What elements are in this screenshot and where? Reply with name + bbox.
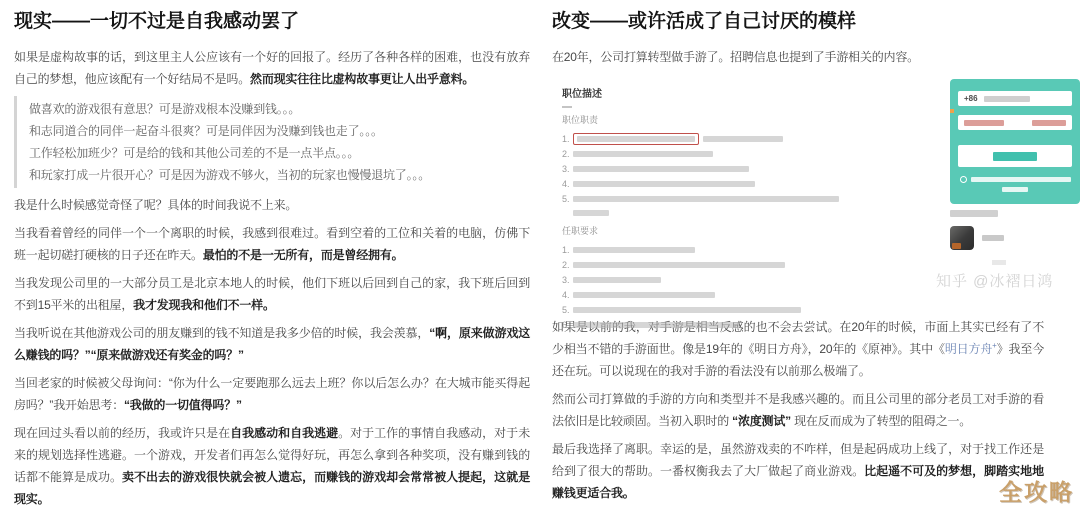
blockquote: 做喜欢的游戏很有意思？可是游戏根本没赚到钱。。。和志同道合的同伴一起奋斗很爽？可…: [14, 96, 530, 188]
text-line-skeleton: [573, 210, 609, 216]
job-list-item: 1.: [562, 242, 872, 257]
brand-watermark: 全攻略: [999, 474, 1074, 507]
company-avatar: [950, 226, 974, 250]
job-list-item: 4.: [562, 176, 872, 191]
list-item-number: 4.: [562, 290, 573, 300]
quote-line: 工作轻松加班少？可是给的钱和其他公司差的不是一点半点。。。: [29, 142, 530, 164]
text-line-skeleton: [573, 277, 661, 283]
text-line-skeleton: [573, 307, 801, 313]
paragraph: 最后我选择了离职。幸运的是，虽然游戏卖的不咋样，但是起码成功上线了，对于找工作还…: [552, 438, 1044, 504]
paragraph: 在20年，公司打算转型做手游了。招聘信息也提到了手游相关的内容。: [552, 46, 1044, 68]
article-column-left: 现实——一切不过是自我感动罢了 如果是虚构故事的话，到这里主人公应该有一个好的回…: [14, 10, 530, 509]
job-subsection-label: 职位职责: [562, 115, 872, 126]
text-line-skeleton: [573, 181, 755, 187]
paragraph: 当我听说在其他游戏公司的朋友赚到的钱不知道是我多少倍的时候，我会羡慕，“啊，原来…: [14, 322, 530, 366]
job-list-item: 2.: [562, 257, 872, 272]
paragraph: 然而公司打算做的手游的方向和类型并不是我感兴趣的。而且公司里的部分老员工对手游的…: [552, 388, 1044, 432]
job-description-block: 职位描述职位职责1.2.3.4.5.任职要求1.2.3.4.5.6.: [562, 89, 872, 332]
job-list-item: 1.: [562, 131, 872, 146]
list-item-number: 6.: [562, 320, 573, 330]
code-placeholder-skeleton: [964, 120, 1004, 126]
job-subsection-label: 任职要求: [562, 226, 872, 237]
embedded-job-screenshot: 职位描述职位职责1.2.3.4.5.任职要求1.2.3.4.5.6. +86: [552, 74, 1080, 312]
agreement-row-2: [950, 187, 1080, 192]
text-line-skeleton: [577, 136, 695, 142]
list-item-number: 3.: [562, 275, 573, 285]
submit-label-skeleton: [993, 152, 1037, 161]
list-item-number: 3.: [562, 164, 573, 174]
paragraph: 我是什么时候感觉奇怪了呢？具体的时间我说不上来。: [14, 194, 530, 216]
left-article-body: 如果是虚构故事的话，到这里主人公应该有一个好的回报了。经历了各种各样的困难，也没…: [14, 46, 530, 509]
job-list-item: 3.: [562, 272, 872, 287]
text-line-skeleton: [573, 262, 785, 268]
phone-input: +86: [958, 91, 1072, 106]
list-item-number: 1.: [562, 134, 573, 144]
job-list-item: 3.: [562, 161, 872, 176]
quote-line: 和玩家打成一片很开心？可是因为游戏不够火，当初的玩家也慢慢退坑了。。。: [29, 164, 530, 186]
text-run: 当回老家的时候被父母询问：“你为什么一定要跑那么远去上班？你以后怎么办？在大城市…: [14, 376, 530, 412]
text-line-skeleton: [573, 247, 695, 253]
highlight-box: [573, 133, 699, 145]
text-line-skeleton: [573, 292, 715, 298]
list-item-number: 1.: [562, 245, 573, 255]
bold-text: 自我感动和自我逃避: [230, 426, 338, 440]
job-list-item: 4.: [562, 287, 872, 302]
code-input: [958, 115, 1072, 130]
job-section-title: 职位描述: [562, 89, 872, 101]
phone-placeholder-skeleton: [984, 96, 1030, 102]
paragraph: 如果是虚构故事的话，到这里主人公应该有一个好的回报了。经历了各种各样的困难，也没…: [14, 46, 530, 90]
agreement-checkbox-icon: [960, 176, 967, 183]
text-line-skeleton: [573, 196, 839, 202]
text-line-skeleton: [703, 136, 783, 142]
job-list-item: 6.: [562, 317, 872, 332]
paragraph: 当我看着曾经的同伴一个一个离职的时候，我感到很难过。看到空着的工位和关着的电脑，…: [14, 222, 530, 266]
job-list-item-wrap: [573, 206, 872, 219]
job-list-item: 5.: [562, 191, 872, 206]
text-line-skeleton: [573, 166, 749, 172]
text-run: 现在反而成为了转型的阻碍之一。: [791, 414, 971, 428]
agreement-row: [960, 176, 1071, 183]
text-line-skeleton: [573, 322, 739, 328]
signup-form-panel: +86: [950, 79, 1080, 204]
agreement-text-skeleton: [1002, 187, 1028, 192]
bold-text: 然而现实往往比虚构故事更让人出乎意料。: [250, 72, 474, 86]
section-heading-change: 改变——或许活成了自己讨厌的模样: [552, 10, 1080, 34]
faint-text-skeleton: [992, 260, 1006, 265]
quote-line: 和志同道合的同伴一起奋斗很爽？可是同伴因为没赚到钱也走了。。。: [29, 120, 530, 142]
article-column-right: 改变——或许活成了自己讨厌的模样 在20年，公司打算转型做手游了。招聘信息也提到…: [552, 10, 1080, 509]
panel-dot: [950, 109, 954, 113]
paragraph: 现在回过头看以前的经历，我或许只是在自我感动和自我逃避。对于工作的事情自我感动，…: [14, 422, 530, 509]
spacer: [562, 219, 872, 226]
bold-text: 最怕的不是一无所有，而是曾经拥有。: [203, 248, 404, 262]
list-item-number: 5.: [562, 194, 573, 204]
list-item-number: 2.: [562, 149, 573, 159]
paragraph: 当我发现公司里的一大部分员工是北京本地人的时候，他们下班以后回到自己的家，我下班…: [14, 272, 530, 316]
bold-text: “浓度测试”: [732, 414, 791, 428]
agreement-text-skeleton: [971, 177, 1071, 182]
submit-button: [958, 145, 1072, 167]
bold-text: 我才发现我和他们不一样。: [133, 298, 275, 312]
zhihu-watermark: 知乎 @冰褶日鸿: [936, 270, 1053, 291]
inline-link[interactable]: 明日方舟+: [945, 342, 997, 356]
phone-prefix-label: +86: [964, 94, 978, 103]
list-item-number: 2.: [562, 260, 573, 270]
company-info-label-skeleton: [950, 210, 998, 217]
divider: [562, 106, 572, 108]
get-code-link-skeleton: [1032, 120, 1066, 126]
text-run: 我是什么时候感觉奇怪了呢？具体的时间我说不上来。: [14, 198, 297, 212]
section-heading-reality: 现实——一切不过是自我感动罢了: [14, 10, 530, 34]
text-run: 当我听说在其他游戏公司的朋友赚到的钱不知道是我多少倍的时候，我会羡慕，: [14, 326, 429, 340]
list-item-number: 4.: [562, 179, 573, 189]
paragraph: 当回老家的时候被父母询问：“你为什么一定要跑那么远去上班？你以后怎么办？在大城市…: [14, 372, 530, 416]
job-list-item: 2.: [562, 146, 872, 161]
list-item-number: 5.: [562, 305, 573, 315]
bold-text: “我做的一切值得吗？”: [124, 398, 242, 412]
text-run: 现在回过头看以前的经历，我或许只是在: [14, 426, 230, 440]
job-list-item: 5.: [562, 302, 872, 317]
quote-line: 做喜欢的游戏很有意思？可是游戏根本没赚到钱。。。: [29, 98, 530, 120]
company-name-skeleton: [982, 235, 1004, 241]
text-line-skeleton: [573, 151, 713, 157]
